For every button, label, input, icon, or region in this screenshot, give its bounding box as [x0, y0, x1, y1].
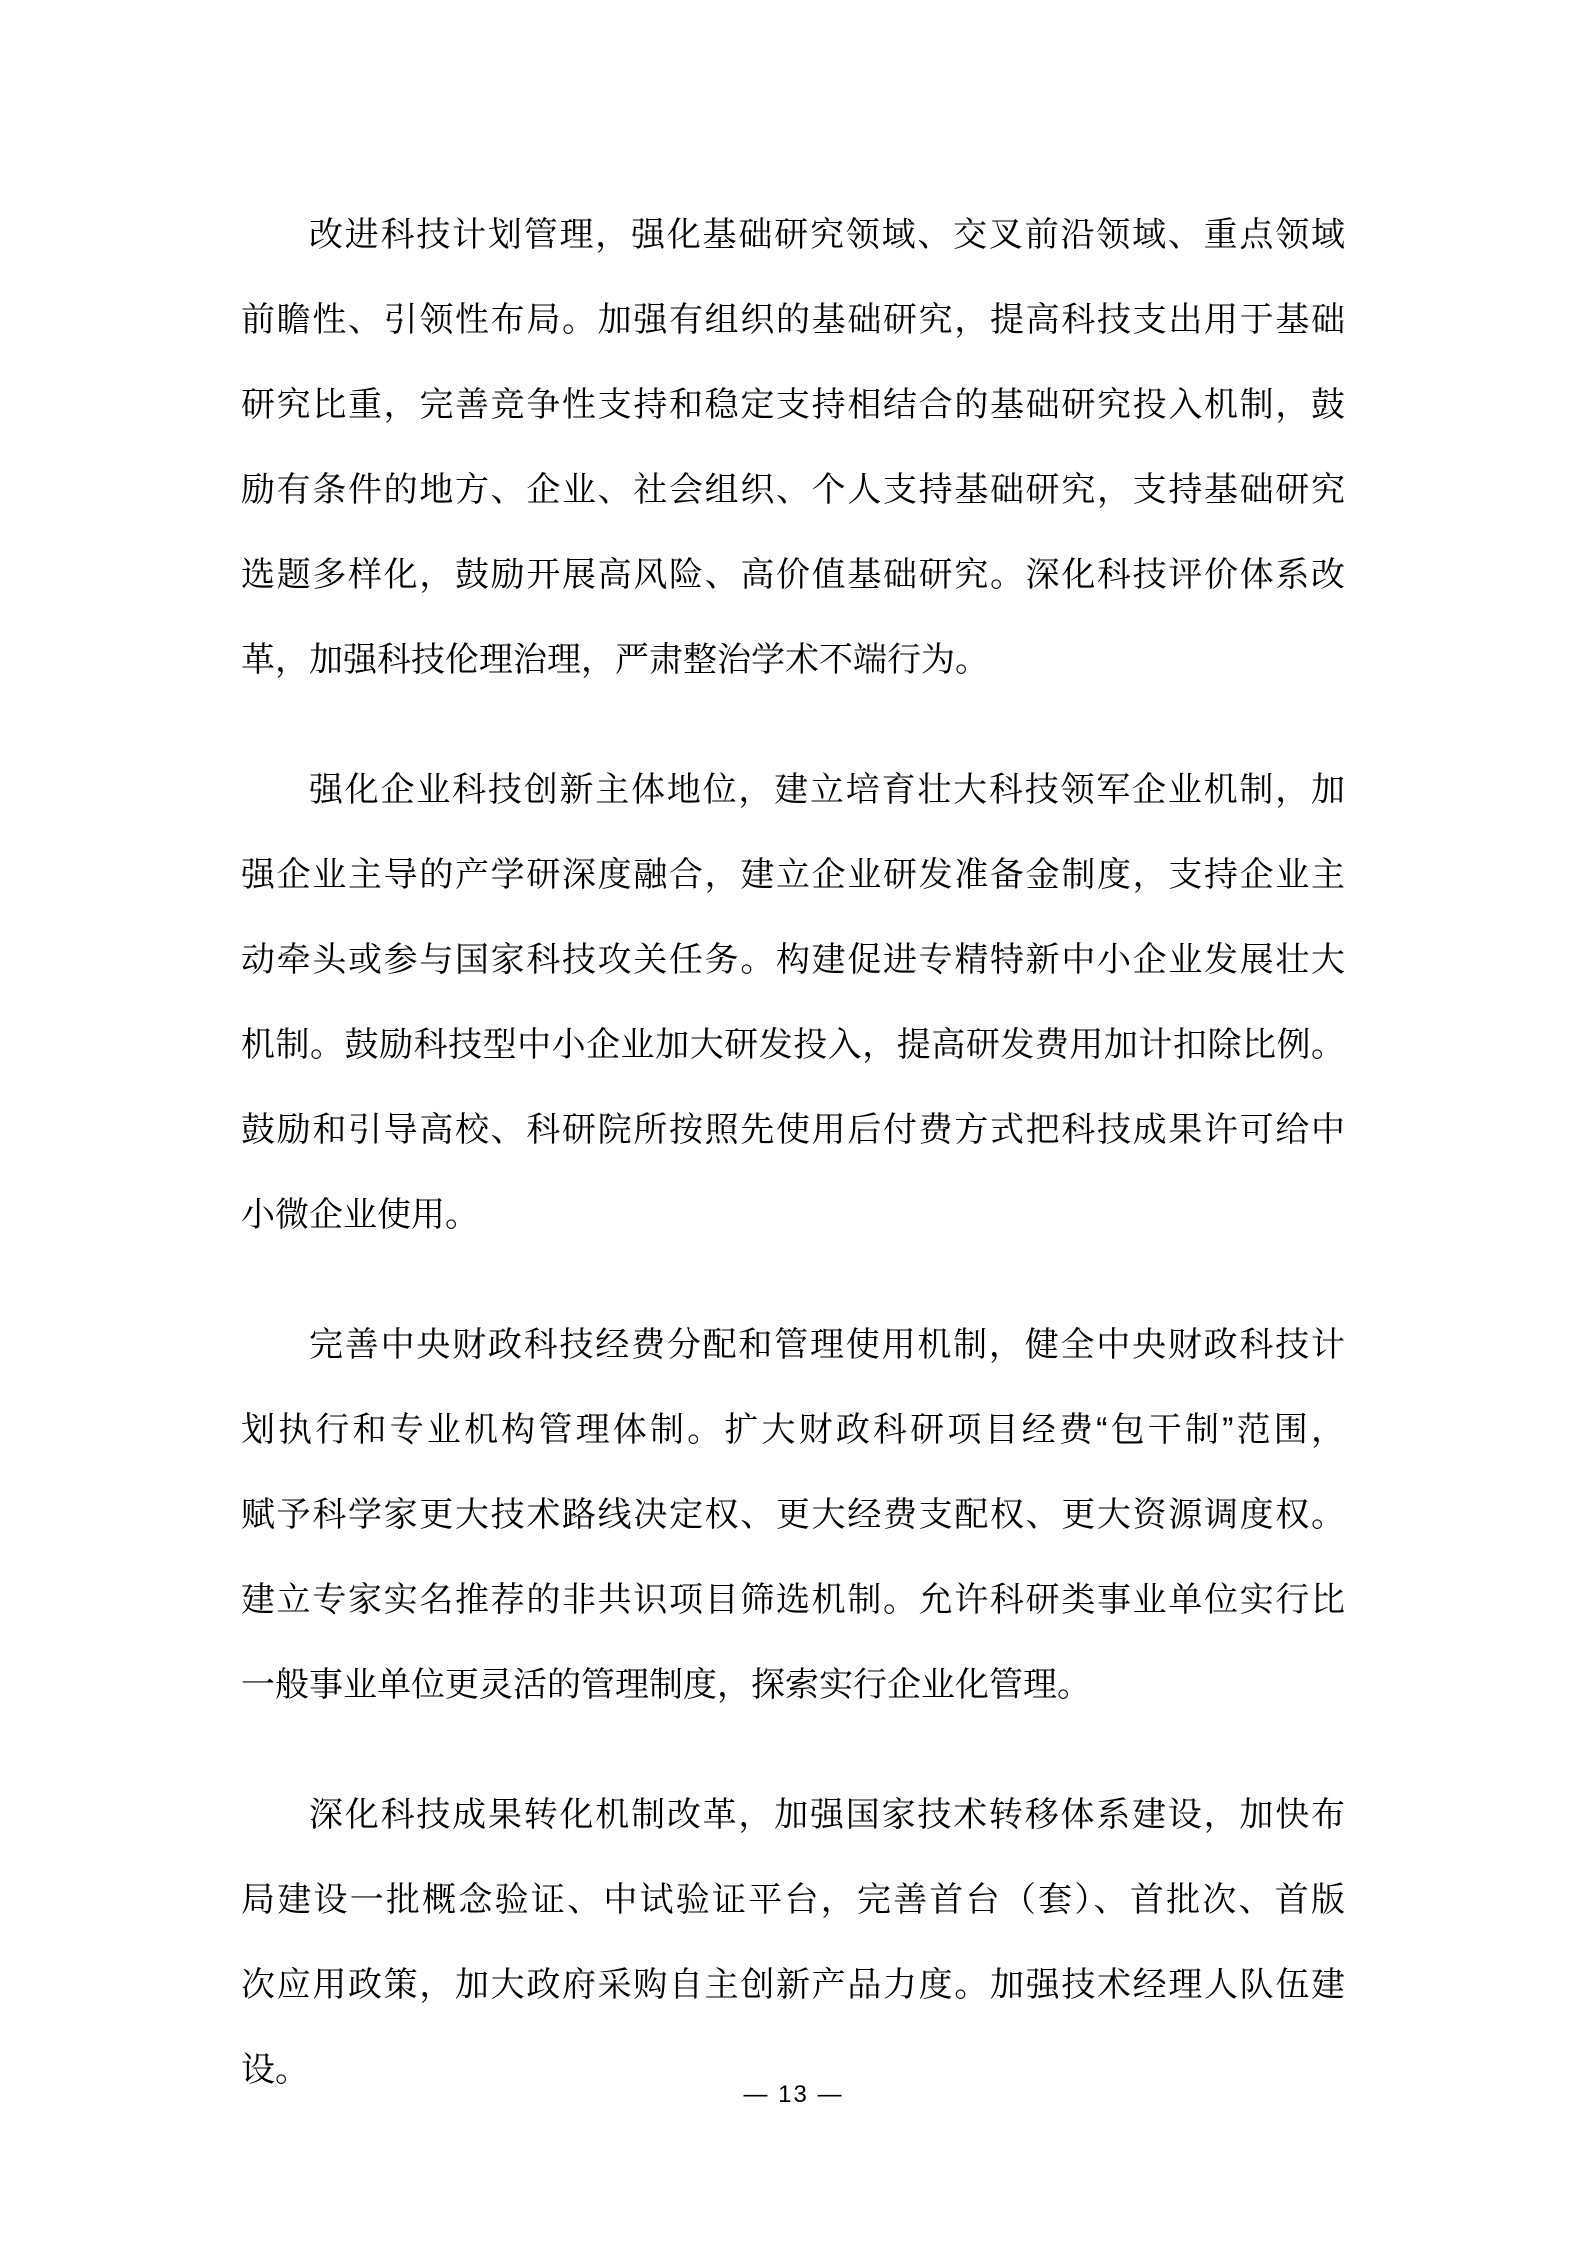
paragraph-line: 改进科技计划管理，强化基础研究领域、交叉前沿领域、重点领域	[241, 193, 1345, 278]
paragraph-line: 前瞻性、引领性布局。加强有组织的基础研究，提高科技支出用于基础	[241, 278, 1345, 363]
paragraph-line: 革，加强科技伦理治理，严肃整治学术不端行为。	[241, 618, 1345, 703]
paragraph-line: 一般事业单位更灵活的管理制度，探索实行企业化管理。	[241, 1643, 1345, 1728]
paragraph-line: 鼓励和引导高校、科研院所按照先使用后付费方式把科技成果许可给中	[241, 1088, 1345, 1173]
paragraph-line: 强企业主导的产学研深度融合，建立企业研发准备金制度，支持企业主	[241, 833, 1345, 918]
paragraph-line: 小微企业使用。	[241, 1173, 1345, 1258]
paragraph-line: 深化科技成果转化机制改革，加强国家技术转移体系建设，加快布	[241, 1773, 1345, 1858]
paragraph-line: 次应用政策，加大政府采购自主创新产品力度。加强技术经理人队伍建	[241, 1943, 1345, 2028]
paragraph-line: 完善中央财政科技经费分配和管理使用机制，健全中央财政科技计	[241, 1303, 1345, 1388]
paragraph-line: 赋予科学家更大技术路线决定权、更大经费支配权、更大资源调度权。	[241, 1473, 1345, 1558]
paragraph-line: 局建设一批概念验证、中试验证平台，完善首台（套）、首批次、首版	[241, 1858, 1345, 1943]
page-number: — 13 —	[0, 2078, 1587, 2112]
paragraph-line: 励有条件的地方、企业、社会组织、个人支持基础研究，支持基础研究	[241, 448, 1345, 533]
paragraph-line: 机制。鼓励科技型中小企业加大研发投入，提高研发费用加计扣除比例。	[241, 1003, 1345, 1088]
paragraph-line: 选题多样化，鼓励开展高风险、高价值基础研究。深化科技评价体系改	[241, 533, 1345, 618]
paragraph-line: 建立专家实名推荐的非共识项目筛选机制。允许科研类事业单位实行比	[241, 1558, 1345, 1643]
paragraph-line: 强化企业科技创新主体地位，建立培育壮大科技领军企业机制，加	[241, 748, 1345, 833]
paragraph: 完善中央财政科技经费分配和管理使用机制，健全中央财政科技计 划执行和专业机构管理…	[241, 1303, 1345, 1728]
paragraph-line: 动牵头或参与国家科技攻关任务。构建促进专精特新中小企业发展壮大	[241, 918, 1345, 1003]
paragraph: 强化企业科技创新主体地位，建立培育壮大科技领军企业机制，加 强企业主导的产学研深…	[241, 748, 1345, 1258]
paragraph-line: 研究比重，完善竞争性支持和稳定支持相结合的基础研究投入机制，鼓	[241, 363, 1345, 448]
paragraph: 深化科技成果转化机制改革，加强国家技术转移体系建设，加快布 局建设一批概念验证、…	[241, 1773, 1345, 2113]
paragraph: 改进科技计划管理，强化基础研究领域、交叉前沿领域、重点领域 前瞻性、引领性布局。…	[241, 193, 1345, 703]
paragraph-line: 划执行和专业机构管理体制。扩大财政科研项目经费“包干制”范围，	[241, 1388, 1345, 1473]
document-body: 改进科技计划管理，强化基础研究领域、交叉前沿领域、重点领域 前瞻性、引领性布局。…	[241, 193, 1345, 2113]
document-page: 改进科技计划管理，强化基础研究领域、交叉前沿领域、重点领域 前瞻性、引领性布局。…	[0, 0, 1587, 2245]
